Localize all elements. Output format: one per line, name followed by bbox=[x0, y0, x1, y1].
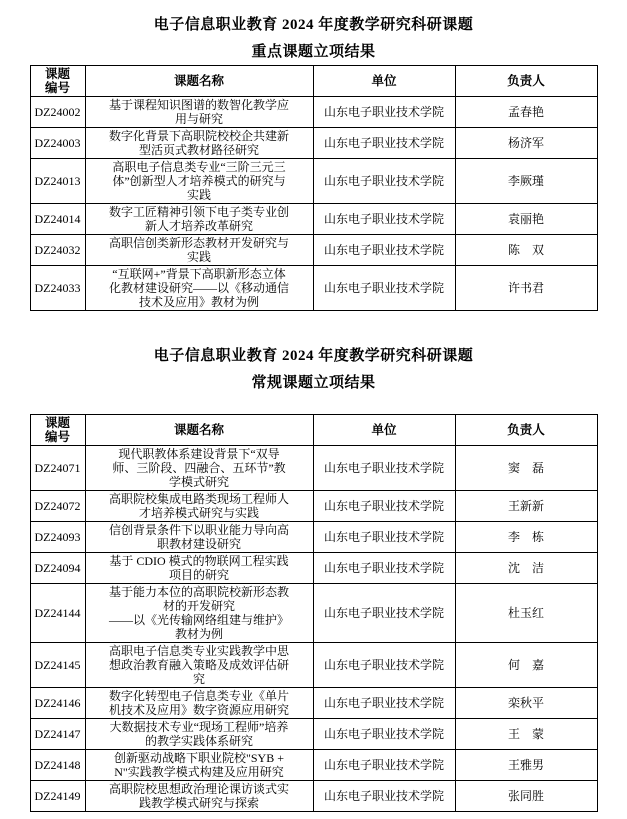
cell-project-id: DZ24002 bbox=[30, 97, 85, 128]
header-row: 课题 编号 课题名称 单位 负责人 bbox=[30, 415, 597, 446]
cell-project-name: “互联网+”背景下高职新形态立体化教材建设研究——以《移动通信技术及应用》教材为… bbox=[85, 266, 313, 311]
table-row: DZ24071现代职教体系建设背景下“双导师、三阶段、四融合、五环节”教学模式研… bbox=[30, 446, 597, 491]
cell-leader: 杨济军 bbox=[455, 128, 597, 159]
cell-project-id: DZ24014 bbox=[30, 204, 85, 235]
section-title: 电子信息职业教育 2024 年度教学研究科研课题 bbox=[0, 347, 627, 365]
cell-leader: 张同胜 bbox=[455, 781, 597, 812]
cell-project-id: DZ24145 bbox=[30, 643, 85, 688]
header-project-id: 课题 编号 bbox=[30, 415, 85, 446]
cell-project-id: DZ24148 bbox=[30, 750, 85, 781]
section-key-results: 电子信息职业教育 2024 年度教学研究科研课题 重点课题立项结果 课题 编号 … bbox=[0, 16, 627, 311]
key-results-table: 课题 编号 课题名称 单位 负责人 DZ24002基于课程知识图谱的数智化教学应… bbox=[30, 65, 598, 311]
cell-leader: 窦 磊 bbox=[455, 446, 597, 491]
cell-unit: 山东电子职业技术学院 bbox=[313, 204, 455, 235]
cell-project-name: 创新驱动战略下职业院校"SYB + N"实践教学模式构建及应用研究 bbox=[85, 750, 313, 781]
cell-unit: 山东电子职业技术学院 bbox=[313, 446, 455, 491]
header-row: 课题 编号 课题名称 单位 负责人 bbox=[30, 66, 597, 97]
cell-project-id: DZ24147 bbox=[30, 719, 85, 750]
cell-project-name: 数字化转型电子信息类专业《单片机技术及应用》数字资源应用研究 bbox=[85, 688, 313, 719]
cell-project-name: 数字化背景下高职院校校企共建新型活页式教材路径研究 bbox=[85, 128, 313, 159]
cell-project-name: 大数据技术专业“现场工程师”培养的教学实践体系研究 bbox=[85, 719, 313, 750]
cell-project-id: DZ24093 bbox=[30, 522, 85, 553]
document-page: 电子信息职业教育 2024 年度教学研究科研课题 重点课题立项结果 课题 编号 … bbox=[0, 0, 627, 819]
cell-project-id: DZ24072 bbox=[30, 491, 85, 522]
cell-leader: 李 栋 bbox=[455, 522, 597, 553]
table-row: DZ24072高职院校集成电路类现场工程师人才培养模式研究与实践山东电子职业技术… bbox=[30, 491, 597, 522]
header-unit: 单位 bbox=[313, 66, 455, 97]
table-row: DZ24146数字化转型电子信息类专业《单片机技术及应用》数字资源应用研究山东电… bbox=[30, 688, 597, 719]
cell-unit: 山东电子职业技术学院 bbox=[313, 643, 455, 688]
header-project-id: 课题 编号 bbox=[30, 66, 85, 97]
section-title: 电子信息职业教育 2024 年度教学研究科研课题 bbox=[0, 16, 627, 34]
cell-leader: 杜玉红 bbox=[455, 584, 597, 643]
header-project-name: 课题名称 bbox=[85, 66, 313, 97]
cell-unit: 山东电子职业技术学院 bbox=[313, 491, 455, 522]
cell-project-name: 高职院校思想政治理论课访谈式实践教学模式研究与探索 bbox=[85, 781, 313, 812]
cell-leader: 孟春艳 bbox=[455, 97, 597, 128]
header-leader: 负责人 bbox=[455, 415, 597, 446]
cell-project-id: DZ24013 bbox=[30, 159, 85, 204]
cell-project-id: DZ24144 bbox=[30, 584, 85, 643]
cell-leader: 王雅男 bbox=[455, 750, 597, 781]
cell-leader: 何 嘉 bbox=[455, 643, 597, 688]
cell-project-id: DZ24032 bbox=[30, 235, 85, 266]
cell-unit: 山东电子职业技术学院 bbox=[313, 266, 455, 311]
cell-project-name: 基于 CDIO 模式的物联网工程实践项目的研究 bbox=[85, 553, 313, 584]
section-regular-results: 电子信息职业教育 2024 年度教学研究科研课题 常规课题立项结果 课题 编号 … bbox=[0, 347, 627, 812]
cell-unit: 山东电子职业技术学院 bbox=[313, 553, 455, 584]
cell-unit: 山东电子职业技术学院 bbox=[313, 719, 455, 750]
cell-project-name: 现代职教体系建设背景下“双导师、三阶段、四融合、五环节”教学模式研究 bbox=[85, 446, 313, 491]
cell-leader: 沈 洁 bbox=[455, 553, 597, 584]
table-row: DZ24033“互联网+”背景下高职新形态立体化教材建设研究——以《移动通信技术… bbox=[30, 266, 597, 311]
cell-project-name: 高职院校集成电路类现场工程师人才培养模式研究与实践 bbox=[85, 491, 313, 522]
table-row: DZ24093信创背景条件下以职业能力导向高职教材建设研究山东电子职业技术学院李… bbox=[30, 522, 597, 553]
cell-unit: 山东电子职业技术学院 bbox=[313, 235, 455, 266]
cell-unit: 山东电子职业技术学院 bbox=[313, 781, 455, 812]
cell-project-id: DZ24033 bbox=[30, 266, 85, 311]
header-project-name: 课题名称 bbox=[85, 415, 313, 446]
cell-project-id: DZ24094 bbox=[30, 553, 85, 584]
cell-project-name: 高职信创类新形态教材开发研究与实践 bbox=[85, 235, 313, 266]
cell-unit: 山东电子职业技术学院 bbox=[313, 522, 455, 553]
table-row: DZ24147大数据技术专业“现场工程师”培养的教学实践体系研究山东电子职业技术… bbox=[30, 719, 597, 750]
cell-project-name: 高职电子信息类专业“三阶三元三体”创新型人才培养模式的研究与实践 bbox=[85, 159, 313, 204]
cell-unit: 山东电子职业技术学院 bbox=[313, 688, 455, 719]
table-row: DZ24148创新驱动战略下职业院校"SYB + N"实践教学模式构建及应用研究… bbox=[30, 750, 597, 781]
cell-unit: 山东电子职业技术学院 bbox=[313, 159, 455, 204]
cell-unit: 山东电子职业技术学院 bbox=[313, 97, 455, 128]
cell-project-id: DZ24003 bbox=[30, 128, 85, 159]
cell-leader: 王新新 bbox=[455, 491, 597, 522]
table-row: DZ24094基于 CDIO 模式的物联网工程实践项目的研究山东电子职业技术学院… bbox=[30, 553, 597, 584]
table-row: DZ24013高职电子信息类专业“三阶三元三体”创新型人才培养模式的研究与实践山… bbox=[30, 159, 597, 204]
cell-project-name: 高职电子信息类专业实践教学中思想政治教育融入策略及成效评估研究 bbox=[85, 643, 313, 688]
table-row: DZ24144基于能力本位的高职院校新形态教材的开发研究 ——以《光传输网络组建… bbox=[30, 584, 597, 643]
section-subtitle: 重点课题立项结果 bbox=[0, 43, 627, 61]
cell-unit: 山东电子职业技术学院 bbox=[313, 584, 455, 643]
cell-leader: 王 蒙 bbox=[455, 719, 597, 750]
cell-leader: 袁丽艳 bbox=[455, 204, 597, 235]
cell-project-id: DZ24071 bbox=[30, 446, 85, 491]
section-subtitle: 常规课题立项结果 bbox=[0, 374, 627, 392]
table-body: DZ24071现代职教体系建设背景下“双导师、三阶段、四融合、五环节”教学模式研… bbox=[30, 446, 597, 812]
cell-project-name: 数字工匠精神引领下电子类专业创新人才培养改革研究 bbox=[85, 204, 313, 235]
table-row: DZ24003数字化背景下高职院校校企共建新型活页式教材路径研究山东电子职业技术… bbox=[30, 128, 597, 159]
table-row: DZ24145高职电子信息类专业实践教学中思想政治教育融入策略及成效评估研究山东… bbox=[30, 643, 597, 688]
table-body: DZ24002基于课程知识图谱的数智化教学应用与研究山东电子职业技术学院孟春艳D… bbox=[30, 97, 597, 311]
cell-project-id: DZ24149 bbox=[30, 781, 85, 812]
table-row: DZ24002基于课程知识图谱的数智化教学应用与研究山东电子职业技术学院孟春艳 bbox=[30, 97, 597, 128]
cell-project-id: DZ24146 bbox=[30, 688, 85, 719]
table-row: DZ24149高职院校思想政治理论课访谈式实践教学模式研究与探索山东电子职业技术… bbox=[30, 781, 597, 812]
table-row: DZ24014数字工匠精神引领下电子类专业创新人才培养改革研究山东电子职业技术学… bbox=[30, 204, 597, 235]
cell-project-name: 基于课程知识图谱的数智化教学应用与研究 bbox=[85, 97, 313, 128]
header-leader: 负责人 bbox=[455, 66, 597, 97]
table-row: DZ24032高职信创类新形态教材开发研究与实践山东电子职业技术学院陈 双 bbox=[30, 235, 597, 266]
cell-leader: 许书君 bbox=[455, 266, 597, 311]
cell-leader: 陈 双 bbox=[455, 235, 597, 266]
cell-unit: 山东电子职业技术学院 bbox=[313, 750, 455, 781]
header-unit: 单位 bbox=[313, 415, 455, 446]
cell-project-name: 信创背景条件下以职业能力导向高职教材建设研究 bbox=[85, 522, 313, 553]
cell-leader: 栾秋平 bbox=[455, 688, 597, 719]
cell-leader: 李厥瑾 bbox=[455, 159, 597, 204]
cell-unit: 山东电子职业技术学院 bbox=[313, 128, 455, 159]
cell-project-name: 基于能力本位的高职院校新形态教材的开发研究 ——以《光传输网络组建与维护》教材为… bbox=[85, 584, 313, 643]
regular-results-table: 课题 编号 课题名称 单位 负责人 DZ24071现代职教体系建设背景下“双导师… bbox=[30, 414, 598, 812]
